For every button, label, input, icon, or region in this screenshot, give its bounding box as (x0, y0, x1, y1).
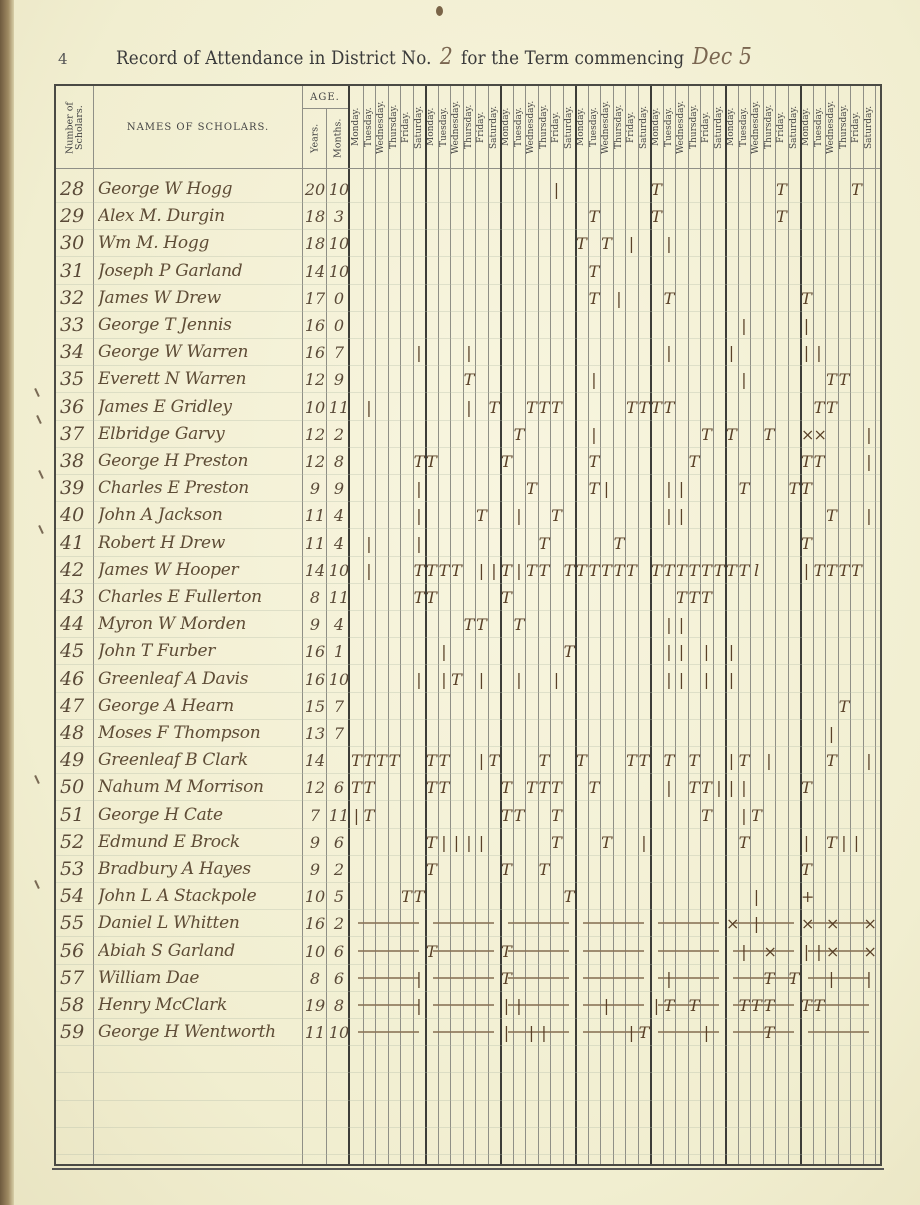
day-divider (438, 86, 439, 1164)
header-day-saturday: Saturday. (788, 88, 801, 166)
age-months: 10 (328, 176, 350, 203)
day-divider (550, 86, 551, 1164)
scholar-name: James E Gridley (98, 394, 302, 421)
absence-mark: | (664, 343, 675, 363)
absence-mark: | (864, 969, 875, 989)
scholar-name: George T Jennis (98, 312, 302, 339)
tardy-mark: T (751, 806, 762, 826)
age-years: 14 (304, 258, 326, 285)
tardy-mark: T (701, 588, 712, 608)
day-divider (613, 86, 614, 1164)
age-years: 8 (304, 584, 326, 611)
tardy-mark: T (476, 615, 487, 635)
scholar-number: 29 (60, 203, 96, 230)
absence-mark: | (701, 1023, 712, 1043)
tardy-mark: T (601, 234, 612, 254)
tardy-mark: T (564, 642, 575, 662)
absence-mark: | (364, 534, 375, 554)
absence-mark: | (626, 234, 637, 254)
age-years: 17 (304, 285, 326, 312)
absence-mark: | (414, 506, 425, 526)
tardy-mark: T (826, 751, 837, 771)
tardy-mark: T (489, 751, 500, 771)
term-start-date: Dec 5 (692, 44, 752, 70)
absence-mark: | (351, 806, 362, 826)
header-day-wednesday: Wednesday. (675, 88, 688, 166)
scholar-name: Wm M. Hogg (98, 230, 302, 257)
age-months: 0 (328, 312, 350, 339)
age-months (328, 747, 350, 774)
tardy-mark: T (364, 751, 375, 771)
tardy-mark: T (701, 561, 712, 581)
tardy-mark: T (426, 860, 437, 880)
absence-mark: | (726, 670, 737, 690)
age-years: 10 (304, 883, 326, 910)
absence-mark: | (664, 778, 675, 798)
header-day-tuesday: Tuesday. (588, 88, 601, 166)
scholar-row: 28George W Hogg2010 (56, 176, 348, 203)
scholar-row: 46Greenleaf A Davis1610 (56, 666, 348, 693)
absence-mark: | (414, 670, 425, 690)
age-years: 12 (304, 366, 326, 393)
absence-mark: | (501, 996, 512, 1016)
scholar-name: Moses F Thompson (98, 720, 302, 747)
scholar-row: 48Moses F Thompson137 (56, 720, 348, 747)
header-day-tuesday: Tuesday. (438, 88, 451, 166)
age-months: 7 (328, 693, 350, 720)
absence-mark: | (814, 343, 825, 363)
tardy-mark: T (689, 996, 700, 1016)
tardy-mark: T (539, 860, 550, 880)
day-divider (875, 86, 876, 1164)
tardy-mark: T (564, 561, 575, 581)
tardy-mark: T (826, 506, 837, 526)
tardy-mark: T (689, 751, 700, 771)
scholar-name: George W Warren (98, 339, 302, 366)
scholar-name: Robert H Drew (98, 530, 302, 557)
absence-mark: | (464, 343, 475, 363)
tardy-mark: T (739, 479, 750, 499)
page-title: Record of Attendance in District No. 2 f… (116, 44, 755, 70)
tardy-mark: T (839, 697, 850, 717)
scholar-number: 31 (60, 258, 96, 285)
absence-mark: | (614, 289, 625, 309)
tardy-mark: T (689, 588, 700, 608)
scholar-number: 40 (60, 502, 96, 529)
tardy-mark: T (726, 425, 737, 445)
age-years: 9 (304, 611, 326, 638)
tardy-mark: T (601, 561, 612, 581)
scholar-name: George H Preston (98, 448, 302, 475)
age-months: 6 (328, 774, 350, 801)
absence-mark: | (601, 479, 612, 499)
absence-mark: | (664, 642, 675, 662)
scholar-name: Myron W Morden (98, 611, 302, 638)
tardy-mark: T (426, 588, 437, 608)
scholar-row: 45John T Furber161 (56, 638, 348, 665)
absence-mark: | (551, 670, 562, 690)
tardy-mark: T (551, 398, 562, 418)
absence-mark: | (726, 642, 737, 662)
header-day-tuesday: Tuesday. (363, 88, 376, 166)
absence-mark: | (676, 670, 687, 690)
tardy-mark: T (551, 806, 562, 826)
absence-mark: | (676, 479, 687, 499)
scholar-number: 46 (60, 666, 96, 693)
absence-mark: | (501, 1023, 512, 1043)
absence-mark: | (414, 534, 425, 554)
scholar-number: 30 (60, 230, 96, 257)
absence-mark: | (589, 370, 600, 390)
tardy-mark: T (739, 561, 750, 581)
age-years: 7 (304, 802, 326, 829)
age-years: 9 (304, 829, 326, 856)
age-years: 16 (304, 666, 326, 693)
absence-mark: | (739, 778, 750, 798)
margin-mark (34, 775, 40, 784)
age-months: 4 (328, 530, 350, 557)
day-divider (488, 86, 489, 1164)
age-years: 12 (304, 421, 326, 448)
scholar-name: John T Furber (98, 638, 302, 665)
margin-mark (38, 525, 44, 534)
tardy-mark: T (701, 778, 712, 798)
tardy-mark: T (501, 806, 512, 826)
day-divider (388, 86, 389, 1164)
absence-mark: | (664, 969, 675, 989)
district-number: 2 (440, 44, 453, 70)
row-strike-line (808, 1031, 869, 1033)
tardy-mark: T (664, 561, 675, 581)
age-years: 14 (304, 557, 326, 584)
header-day-saturday: Saturday. (413, 88, 426, 166)
age-years: 20 (304, 176, 326, 203)
scholar-number: 38 (60, 448, 96, 475)
day-divider (375, 86, 376, 1164)
tardy-mark: T (789, 969, 800, 989)
scholar-name: Elbridge Garvy (98, 421, 302, 448)
absence-mark: | (464, 398, 475, 418)
margin-mark (34, 388, 40, 397)
header-day-saturday: Saturday. (638, 88, 651, 166)
age-months: 8 (328, 448, 350, 475)
day-divider (825, 86, 826, 1164)
tardy-mark: T (726, 561, 737, 581)
header-months: Months. (327, 110, 349, 166)
margin-mark (36, 415, 42, 424)
absence-mark: | (476, 561, 487, 581)
absence-mark: | (814, 942, 825, 962)
scholar-row: 44Myron W Morden94 (56, 611, 348, 638)
absence-mark: | (726, 778, 737, 798)
scholar-number: 56 (60, 938, 96, 965)
header-day-thursday: Thursday. (838, 88, 851, 166)
age-months: 4 (328, 502, 350, 529)
tardy-mark: T (526, 398, 537, 418)
absence-mark: | (739, 806, 750, 826)
age-years: 11 (304, 530, 326, 557)
header-day-thursday: Thursday. (388, 88, 401, 166)
scholar-name: George H Wentworth (98, 1019, 302, 1046)
age-months: 1 (328, 638, 350, 665)
absence-mark: | (664, 615, 675, 635)
scholar-name: Alex M. Durgin (98, 203, 302, 230)
age-months: 3 (328, 203, 350, 230)
absence-mark: | (476, 670, 487, 690)
absence-mark: | (739, 942, 750, 962)
age-months: 2 (328, 910, 350, 937)
age-months: 10 (328, 258, 350, 285)
absence-mark: | (476, 833, 487, 853)
ink-blot (436, 6, 443, 16)
tardy-mark: T (739, 751, 750, 771)
tardy-mark: T (801, 534, 812, 554)
scholar-number: 39 (60, 475, 96, 502)
age-months: 2 (328, 421, 350, 448)
tardy-mark: T (414, 561, 425, 581)
scholar-number: 50 (60, 774, 96, 801)
age-months: 4 (328, 611, 350, 638)
row-guide (56, 1072, 880, 1073)
absence-mark: | (864, 751, 875, 771)
day-divider (538, 86, 539, 1164)
excused-mark: × (801, 914, 812, 934)
scholar-number: 32 (60, 285, 96, 312)
header-divider (56, 168, 880, 169)
header-day-thursday: Thursday. (613, 88, 626, 166)
row-strike-line (433, 950, 494, 952)
tardy-mark: T (601, 833, 612, 853)
absence-mark: | (414, 969, 425, 989)
scholar-number: 52 (60, 829, 96, 856)
week-divider (425, 86, 427, 1164)
tardy-mark: T (739, 996, 750, 1016)
header-years: Years. (304, 110, 326, 166)
absence-mark: | (439, 642, 450, 662)
absence-mark: | (726, 343, 737, 363)
excused-mark: × (826, 914, 837, 934)
header-day-wednesday: Wednesday. (450, 88, 463, 166)
row-strike-line (508, 950, 569, 952)
absence-mark: | (864, 506, 875, 526)
age-months: 11 (328, 394, 350, 421)
tardy-mark: T (414, 588, 425, 608)
row-guide (56, 1127, 880, 1128)
tardy-mark: T (539, 778, 550, 798)
tardy-mark: T (764, 1023, 775, 1043)
tardy-mark: T (626, 751, 637, 771)
header-number-of-scholars: Number of Scholars. (58, 90, 92, 166)
absence-mark: | (726, 751, 737, 771)
row-strike-line (508, 922, 569, 924)
tardy-mark: T (589, 561, 600, 581)
age-years: 12 (304, 448, 326, 475)
age-months: 7 (328, 339, 350, 366)
absence-mark: | (764, 751, 775, 771)
page-number: 4 (58, 50, 116, 68)
scholar-number: 34 (60, 339, 96, 366)
header-day-friday: Friday. (850, 88, 863, 166)
absence-mark: | (414, 479, 425, 499)
header-divider (302, 108, 348, 109)
tardy-mark: T (539, 534, 550, 554)
absence-mark: | (514, 506, 525, 526)
absence-mark: | (739, 370, 750, 390)
scholar-name: Charles E Fullerton (98, 584, 302, 611)
scholar-row: 53Bradbury A Hayes92 (56, 856, 348, 883)
age-years: 16 (304, 339, 326, 366)
scholar-number: 45 (60, 638, 96, 665)
tardy-mark: T (589, 289, 600, 309)
tardy-mark: T (839, 370, 850, 390)
scholar-number: 54 (60, 883, 96, 910)
tardy-mark: T (689, 778, 700, 798)
scholar-row: 59George H Wentworth1110 (56, 1019, 348, 1046)
margin-mark (34, 880, 40, 889)
scholar-name: John A Jackson (98, 502, 302, 529)
scholar-number: 42 (60, 557, 96, 584)
tardy-mark: T (664, 751, 675, 771)
header-day-friday: Friday. (400, 88, 413, 166)
title-middle: for the Term commencing (461, 47, 684, 69)
tardy-mark: T (639, 751, 650, 771)
tardy-mark: T (689, 561, 700, 581)
tardy-mark: T (664, 398, 675, 418)
header-day-saturday: Saturday. (563, 88, 576, 166)
scholar-row: 32James W Drew170 (56, 285, 348, 312)
header-day-tuesday: Tuesday. (738, 88, 751, 166)
tardy-mark: T (764, 969, 775, 989)
excused-mark: × (864, 942, 875, 962)
scholar-name: Everett N Warren (98, 366, 302, 393)
day-divider (775, 86, 776, 1164)
tardy-mark: T (464, 615, 475, 635)
absence-mark: | (664, 670, 675, 690)
header-day-saturday: Saturday. (713, 88, 726, 166)
header-day-friday: Friday. (475, 88, 488, 166)
header-day-saturday: Saturday. (488, 88, 501, 166)
tardy-mark: T (551, 506, 562, 526)
age-months: 10 (328, 1019, 350, 1046)
absence-mark: + (801, 887, 812, 907)
scholar-name: Greenleaf A Davis (98, 666, 302, 693)
row-strike-line (358, 922, 419, 924)
age-years: 10 (304, 394, 326, 421)
scholar-row: 54John L A Stackpole105 (56, 883, 348, 910)
absence-mark: | (801, 316, 812, 336)
row-strike-line (433, 1031, 494, 1033)
header-day-tuesday: Tuesday. (513, 88, 526, 166)
header-day-thursday: Thursday. (463, 88, 476, 166)
tardy-mark: T (526, 479, 537, 499)
absence-mark: | (651, 996, 662, 1016)
scholar-row: 39Charles E Preston99 (56, 475, 348, 502)
tardy-mark: T (801, 289, 812, 309)
header-day-monday: Monday. (350, 88, 363, 166)
row-strike-line (358, 950, 419, 952)
day-divider (838, 86, 839, 1164)
scholar-name: Abiah S Garland (98, 938, 302, 965)
row-strike-line (358, 1031, 419, 1033)
scholar-row: 55Daniel L Whitten162 (56, 910, 348, 937)
age-years: 9 (304, 475, 326, 502)
header-day-wednesday: Wednesday. (750, 88, 763, 166)
scholar-row: 42James W Hooper1410 (56, 557, 348, 584)
header-day-friday: Friday. (625, 88, 638, 166)
scholar-number: 48 (60, 720, 96, 747)
day-divider (788, 86, 789, 1164)
scholar-number: 59 (60, 1019, 96, 1046)
age-months: 2 (328, 856, 350, 883)
tardy-mark: T (751, 996, 762, 1016)
absence-mark: | (489, 561, 500, 581)
day-divider (863, 86, 864, 1164)
tardy-mark: T (514, 806, 525, 826)
row-strike-line (733, 922, 794, 924)
tardy-mark: T (514, 425, 525, 445)
tardy-mark: T (364, 806, 375, 826)
tardy-mark: T (451, 670, 462, 690)
tardy-mark: T (376, 751, 387, 771)
day-divider (363, 86, 364, 1164)
age-months: 5 (328, 883, 350, 910)
tardy-mark: T (626, 398, 637, 418)
scholar-row: 56Abiah S Garland106 (56, 938, 348, 965)
tardy-mark: T (464, 370, 475, 390)
tardy-mark: T (539, 561, 550, 581)
header-names-of-scholars: NAMES OF SCHOLARS. (94, 86, 302, 168)
tardy-mark: T (539, 751, 550, 771)
margin-mark (38, 470, 44, 479)
tardy-mark: T (526, 561, 537, 581)
row-strike-line (508, 977, 569, 979)
header-day-wednesday: Wednesday. (525, 88, 538, 166)
absence-mark: | (439, 670, 450, 690)
tardy-mark: T (826, 833, 837, 853)
scholar-row: 50Nahum M Morrison126 (56, 774, 348, 801)
row-guide (56, 1100, 880, 1101)
scholar-row: 35Everett N Warren129 (56, 366, 348, 393)
scholar-name: Edmund E Brock (98, 829, 302, 856)
age-months: 10 (328, 557, 350, 584)
tardy-mark: T (664, 996, 675, 1016)
absence-mark: | (826, 724, 837, 744)
scholar-name: Joseph P Garland (98, 258, 302, 285)
age-months: 6 (328, 965, 350, 992)
scholar-row: 58Henry McClark198 (56, 992, 348, 1019)
age-months: 9 (328, 475, 350, 502)
tardy-mark: T (826, 561, 837, 581)
absence-mark: | (414, 343, 425, 363)
scholar-number: 33 (60, 312, 96, 339)
header-day-saturday: Saturday. (863, 88, 876, 166)
tardy-mark: T (801, 479, 812, 499)
scholar-number: 37 (60, 421, 96, 448)
scholar-name: John L A Stackpole (98, 883, 302, 910)
tardy-mark: T (501, 942, 512, 962)
tardy-mark: T (426, 942, 437, 962)
absence-mark: | (626, 1023, 637, 1043)
tardy-mark: T (651, 180, 662, 200)
absence-mark: | (839, 833, 850, 853)
scholar-number: 41 (60, 530, 96, 557)
absence-mark: | (676, 506, 687, 526)
tardy-mark: T (501, 452, 512, 472)
absence-mark: l (751, 561, 762, 581)
age-years: 10 (304, 938, 326, 965)
tardy-mark: T (801, 778, 812, 798)
day-divider (850, 86, 851, 1164)
